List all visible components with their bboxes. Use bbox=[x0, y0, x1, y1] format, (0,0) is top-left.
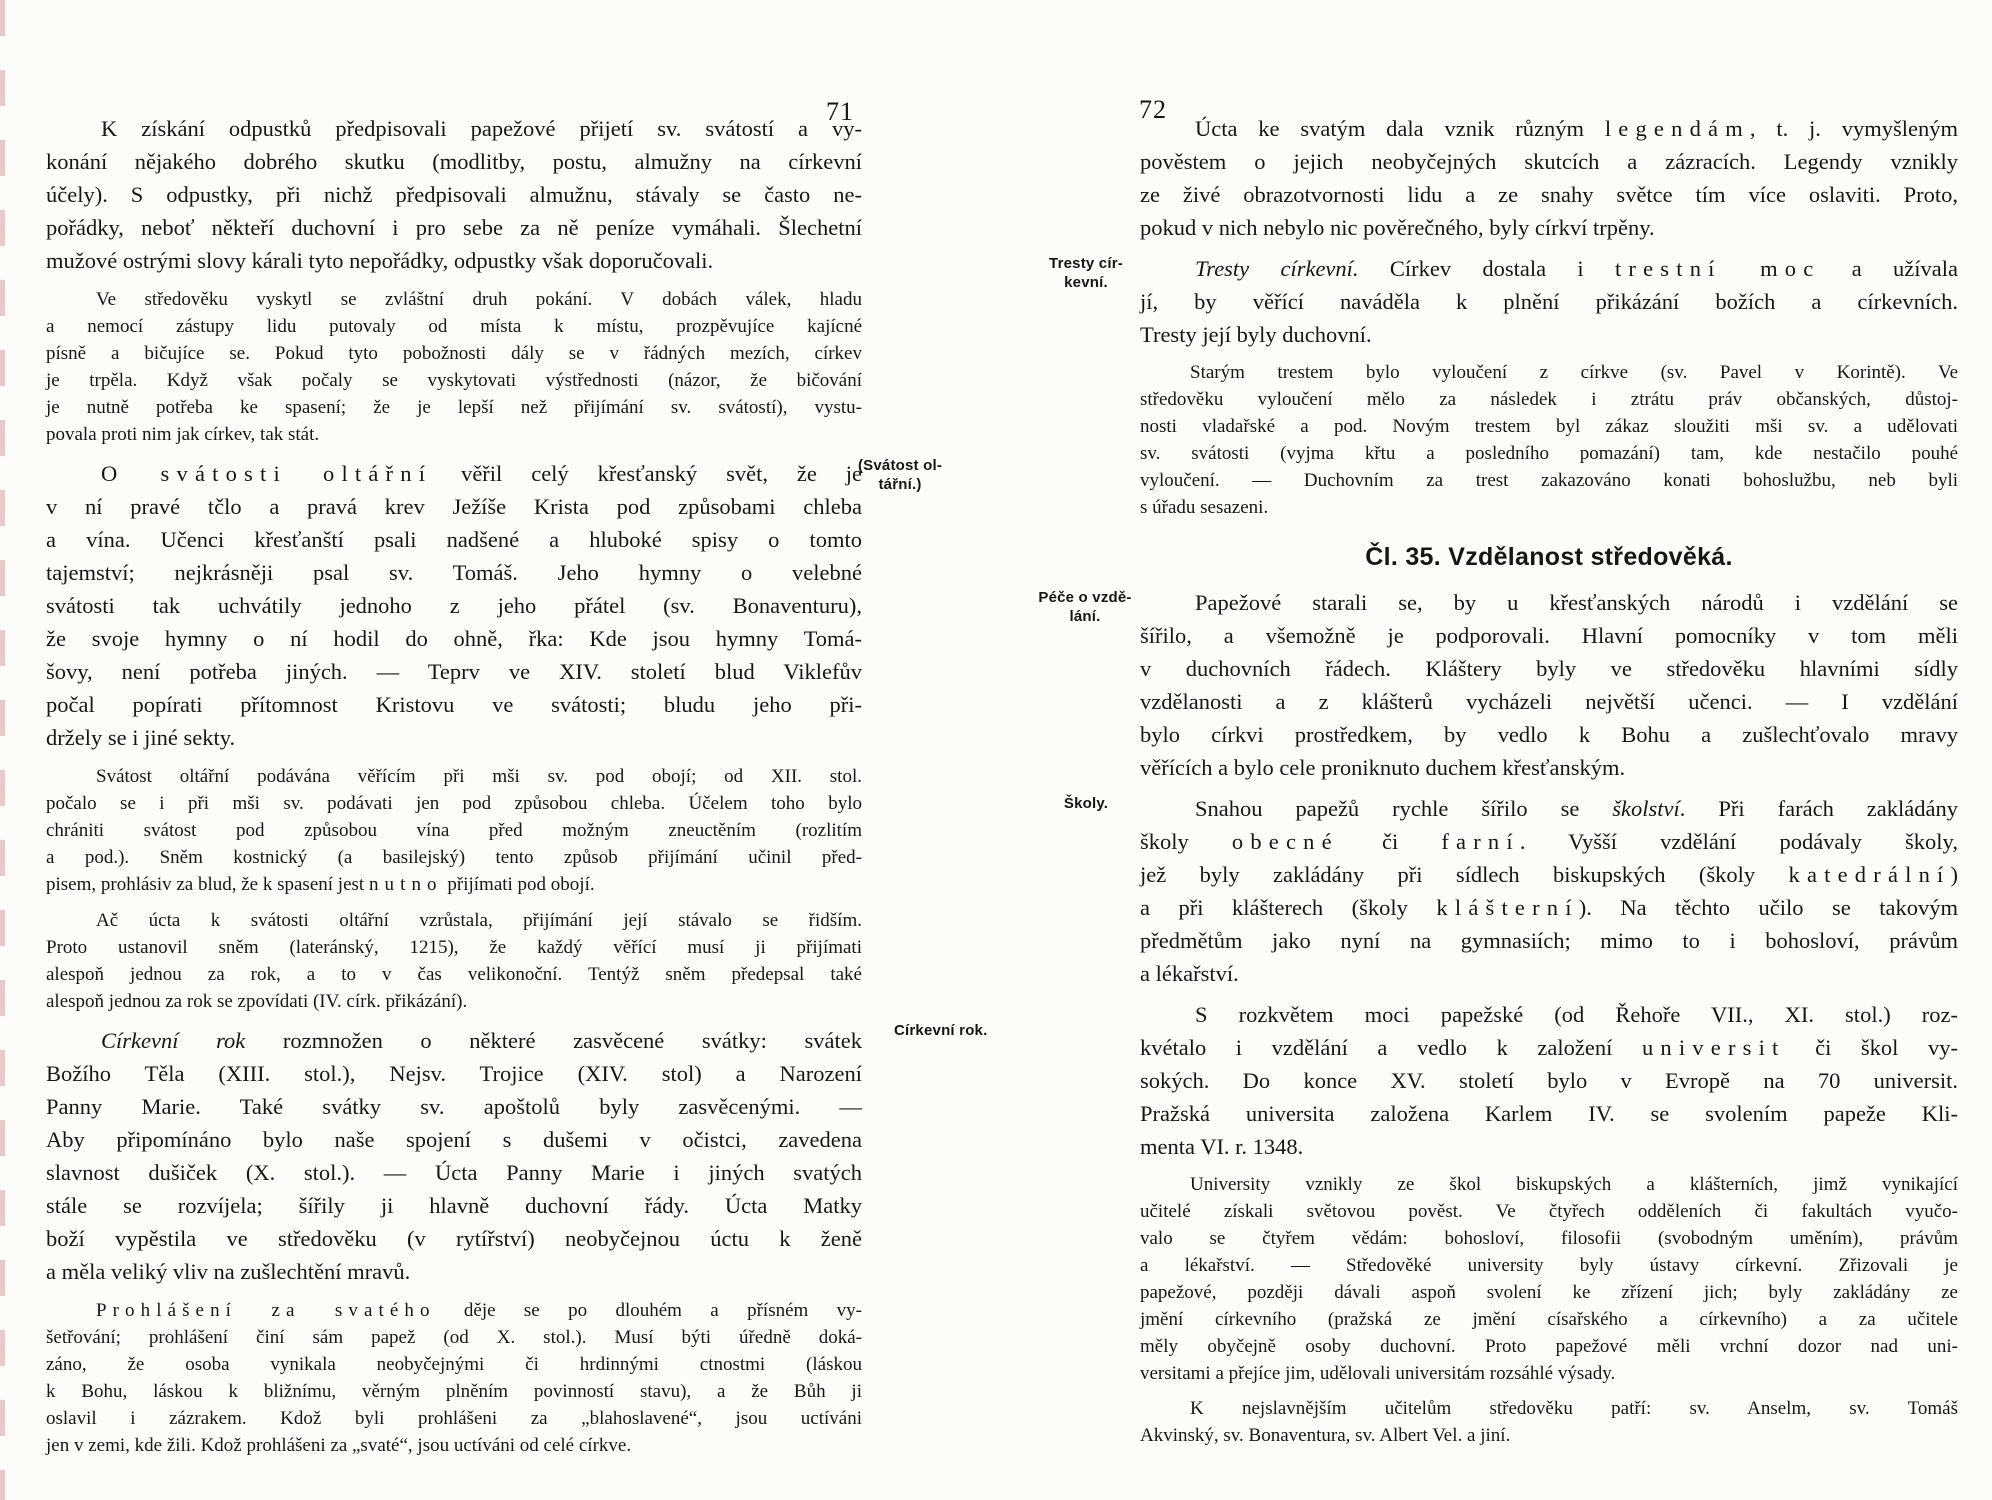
text-line: jmění církevního (pražská ze jmění císař… bbox=[1140, 1306, 1958, 1333]
paragraph: Prohlášení za svatého děje se po dlouhém… bbox=[46, 1297, 862, 1459]
text-line: sv. svátosti (vyjma křtu a posledního po… bbox=[1140, 440, 1958, 467]
text-line: Pražská universita založena Karlem IV. s… bbox=[1140, 1097, 1958, 1130]
text-line: slavnost dušiček (X. stol.). — Úcta Pann… bbox=[46, 1156, 862, 1189]
text-line: Církevní rok rozmnožen o některé zasvěce… bbox=[46, 1024, 862, 1057]
text-line: že svoje hymny o ní hodil do ohně, řka: … bbox=[46, 622, 862, 655]
margin-note-skoly: Školy. bbox=[1030, 794, 1142, 813]
text-line: mužové ostrými slovy kárali tyto nepořád… bbox=[46, 244, 862, 277]
text-line: a při klášterech (školy klášterní). Na t… bbox=[1140, 891, 1958, 924]
text-line: k Bohu, láskou k bližnímu, věrným plnění… bbox=[46, 1378, 862, 1405]
text-line: sokých. Do konce XV. století bylo v Evro… bbox=[1140, 1064, 1958, 1097]
text-line: Úcta ke svatým dala vznik různým legendá… bbox=[1140, 112, 1958, 145]
text-line: věřících a bylo cele proniknuto duchem k… bbox=[1140, 751, 1958, 784]
text-line: pořádky, neboť někteří duchovní i pro se… bbox=[46, 211, 862, 244]
text-line: vzdělanosti a z klášterů vycházeli nejvě… bbox=[1140, 685, 1958, 718]
paragraph: Svátost oltářní podávána věřícím při mši… bbox=[46, 763, 862, 898]
text-line: jež byly zakládány při sídlech biskupský… bbox=[1140, 858, 1958, 891]
text-line: chrániti svátost pod způsobou vína před … bbox=[46, 817, 862, 844]
paragraph: University vznikly ze škol biskupských a… bbox=[1140, 1171, 1958, 1387]
text-line: menta VI. r. 1348. bbox=[1140, 1130, 1958, 1163]
text-line: alespoň jednou za rok se zpovídati (IV. … bbox=[46, 988, 862, 1015]
text-line: valo se čtyřem vědám: bohosloví, filosof… bbox=[1140, 1225, 1958, 1252]
margin-note-tresty-cirkevni: Tresty cír- kevní. bbox=[1030, 254, 1142, 292]
text-line: počalo se i při mši sv. podávati jen pod… bbox=[46, 790, 862, 817]
text-line: středověku vyloučení mělo za následek i … bbox=[1140, 386, 1958, 413]
text-line: záno, že osoba vynikala neobyčejnými či … bbox=[46, 1351, 862, 1378]
text-line: Prohlášení za svatého děje se po dlouhém… bbox=[46, 1297, 862, 1324]
text-line: v ní pravé tčlo a pravá krev Ježíše Kris… bbox=[46, 490, 862, 523]
margin-note-pece-o-vzdelani: Péče o vzdě- lání. bbox=[1026, 588, 1144, 626]
text-line: a vína. Učenci křesťanští psali nadšené … bbox=[46, 523, 862, 556]
paragraph: Tresty církevní. Církev dostala i trestn… bbox=[1140, 252, 1958, 351]
text-line: K nejslavnějším učitelům středověku patř… bbox=[1140, 1395, 1958, 1422]
text-line: Tresty církevní. Církev dostala i trestn… bbox=[1140, 252, 1958, 285]
text-line: a měla veliký vliv na zušlechtění mravů. bbox=[46, 1255, 862, 1288]
text-line: Svátost oltářní podávána věřícím při mši… bbox=[46, 763, 862, 790]
paragraph: O svátosti oltářní věřil celý křesťanský… bbox=[46, 457, 862, 754]
text-line: jen v zemi, kde žili. Kdož prohlášeni za… bbox=[46, 1432, 862, 1459]
text-line: a lékařství. — Středověké university byl… bbox=[1140, 1252, 1958, 1279]
margin-note-svatost-oltarni: (Svátost ol- tářní.) bbox=[842, 456, 958, 494]
paragraph: S rozkvětem moci papežské (od Řehoře VII… bbox=[1140, 998, 1958, 1163]
text-line: v duchovních řádech. Kláštery byly ve st… bbox=[1140, 652, 1958, 685]
text-line: tajemství; nejkrásněji psal sv. Tomáš. J… bbox=[46, 556, 862, 589]
text-line: S rozkvětem moci papežské (od Řehoře VII… bbox=[1140, 998, 1958, 1031]
text-line: Snahou papežů rychle šířilo se školství.… bbox=[1140, 792, 1958, 825]
paragraph: Ve středověku vyskytl se zvláštní druh p… bbox=[46, 286, 862, 448]
text-line: Ač úcta k svátosti oltářní vzrůstala, př… bbox=[46, 907, 862, 934]
text-line: povala proti nim jak církev, tak stát. bbox=[46, 421, 862, 448]
text-line: šetřování; prohlášení činí sám papež (od… bbox=[46, 1324, 862, 1351]
text-line: Tresty její byly duchovní. bbox=[1140, 318, 1958, 351]
text-line: svátosti tak uchvátily jednoho z jeho př… bbox=[46, 589, 862, 622]
text-line: šovy, není potřeba jiných. — Teprv ve XI… bbox=[46, 655, 862, 688]
margin-note-cirkevni-rok: Církevní rok. bbox=[894, 1021, 1034, 1040]
text-line: měly obyčejně osoby duchovní. Proto pape… bbox=[1140, 1333, 1958, 1360]
book-scan-spread: 71 72 K získání odpustků předpisovali pa… bbox=[0, 0, 1992, 1500]
text-line: s úřadu sesazeni. bbox=[1140, 494, 1958, 521]
paragraph: K získání odpustků předpisovali papežové… bbox=[46, 112, 862, 277]
text-line: je nutně potřeba ke spasení; že je lepší… bbox=[46, 394, 862, 421]
scan-edge-artifact bbox=[0, 0, 5, 1500]
text-line: pověstem o jejich neobyčejných skutcích … bbox=[1140, 145, 1958, 178]
text-line: pisem, prohlásiv za blud, že k spasení j… bbox=[46, 871, 862, 898]
text-line: K získání odpustků předpisovali papežové… bbox=[46, 112, 862, 145]
text-line: alespoň jednou za rok, a to v čas veliko… bbox=[46, 961, 862, 988]
text-line: versitami a přejíce jim, udělovali unive… bbox=[1140, 1360, 1958, 1387]
text-line: šířilo, a všemožně je podporovali. Hlavn… bbox=[1140, 619, 1958, 652]
text-line: držely se i jiné sekty. bbox=[46, 721, 862, 754]
text-line: University vznikly ze škol biskupských a… bbox=[1140, 1171, 1958, 1198]
text-line: Proto ustanovil sněm (lateránský, 1215),… bbox=[46, 934, 862, 961]
text-line: papežové, později dávali aspoň svolení k… bbox=[1140, 1279, 1958, 1306]
text-line: je trpěla. Když však počaly se vyskytova… bbox=[46, 367, 862, 394]
text-line: Starým trestem bylo vyloučení z církve (… bbox=[1140, 359, 1958, 386]
left-page-paragraphs: K získání odpustků předpisovali papežové… bbox=[46, 112, 862, 1459]
text-line: Papežové starali se, by u křesťanských n… bbox=[1140, 586, 1958, 619]
text-line: O svátosti oltářní věřil celý křesťanský… bbox=[46, 457, 862, 490]
text-line: školy obecné či farní. Vyšší vzdělání po… bbox=[1140, 825, 1958, 858]
text-line: učitelé získali světovou pověst. Ve čtyř… bbox=[1140, 1198, 1958, 1225]
text-line: jí, by věřící naváděla k plnění přikázán… bbox=[1140, 285, 1958, 318]
right-page-paragraphs-top: Úcta ke svatým dala vznik různým legendá… bbox=[1140, 112, 1958, 521]
text-line: nosti vladařské a pod. Novým trestem byl… bbox=[1140, 413, 1958, 440]
text-line: počal popírati přítomnost Kristovu ve sv… bbox=[46, 688, 862, 721]
text-line: ze živé obrazotvornosti lidu a ze snahy … bbox=[1140, 178, 1958, 211]
text-line: písně a bičujíce se. Pokud tyto pobožnos… bbox=[46, 340, 862, 367]
section-heading: Čl. 35. Vzdělanost středověká. bbox=[1140, 541, 1958, 574]
text-line: a pod.). Sněm kostnický (a basilejský) t… bbox=[46, 844, 862, 871]
left-page-text-column: K získání odpustků předpisovali papežové… bbox=[46, 112, 862, 1459]
paragraph: Papežové starali se, by u křesťanských n… bbox=[1140, 586, 1958, 784]
text-line: Panny Marie. Také svátky sv. apoštolů by… bbox=[46, 1090, 862, 1123]
paragraph: Církevní rok rozmnožen o některé zasvěce… bbox=[46, 1024, 862, 1288]
text-line: pokud v nich nebylo nic pověrečného, byl… bbox=[1140, 211, 1958, 244]
text-line: Ve středověku vyskytl se zvláštní druh p… bbox=[46, 286, 862, 313]
paragraph: Úcta ke svatým dala vznik různým legendá… bbox=[1140, 112, 1958, 244]
text-line: boží vypěstila ve středověku (v rytířstv… bbox=[46, 1222, 862, 1255]
text-line: Božího Těla (XIII. stol.), Nejsv. Trojic… bbox=[46, 1057, 862, 1090]
text-line: kvétalo i vzdělání a vedlo k založení un… bbox=[1140, 1031, 1958, 1064]
paragraph: Snahou papežů rychle šířilo se školství.… bbox=[1140, 792, 1958, 990]
text-line: a nemocí zástupy lidu putovaly od místa … bbox=[46, 313, 862, 340]
text-line: stále se rozvíjela; šířily ji hlavně duc… bbox=[46, 1189, 862, 1222]
paragraph: K nejslavnějším učitelům středověku patř… bbox=[1140, 1395, 1958, 1449]
right-page-paragraphs-bottom: Papežové starali se, by u křesťanských n… bbox=[1140, 586, 1958, 1449]
text-line: Akvinský, sv. Bonaventura, sv. Albert Ve… bbox=[1140, 1422, 1958, 1449]
paragraph: Ač úcta k svátosti oltářní vzrůstala, př… bbox=[46, 907, 862, 1015]
text-line: a lékařství. bbox=[1140, 957, 1958, 990]
paragraph: Starým trestem bylo vyloučení z církve (… bbox=[1140, 359, 1958, 521]
text-line: konání nějakého dobrého skutku (modlitby… bbox=[46, 145, 862, 178]
text-line: bylo církvi prostředkem, by vedlo k Bohu… bbox=[1140, 718, 1958, 751]
right-page-text-column: Úcta ke svatým dala vznik různým legendá… bbox=[1140, 112, 1958, 1449]
text-line: účely). S odpustky, při nichž předpisova… bbox=[46, 178, 862, 211]
text-line: předmětům jako nyní na gymnasiích; mimo … bbox=[1140, 924, 1958, 957]
text-line: Aby připomínáno bylo naše spojení s duše… bbox=[46, 1123, 862, 1156]
text-line: vyloučení. — Duchovním za trest zakazová… bbox=[1140, 467, 1958, 494]
text-line: oslavil i zázrakem. Kdož byli prohlášeni… bbox=[46, 1405, 862, 1432]
